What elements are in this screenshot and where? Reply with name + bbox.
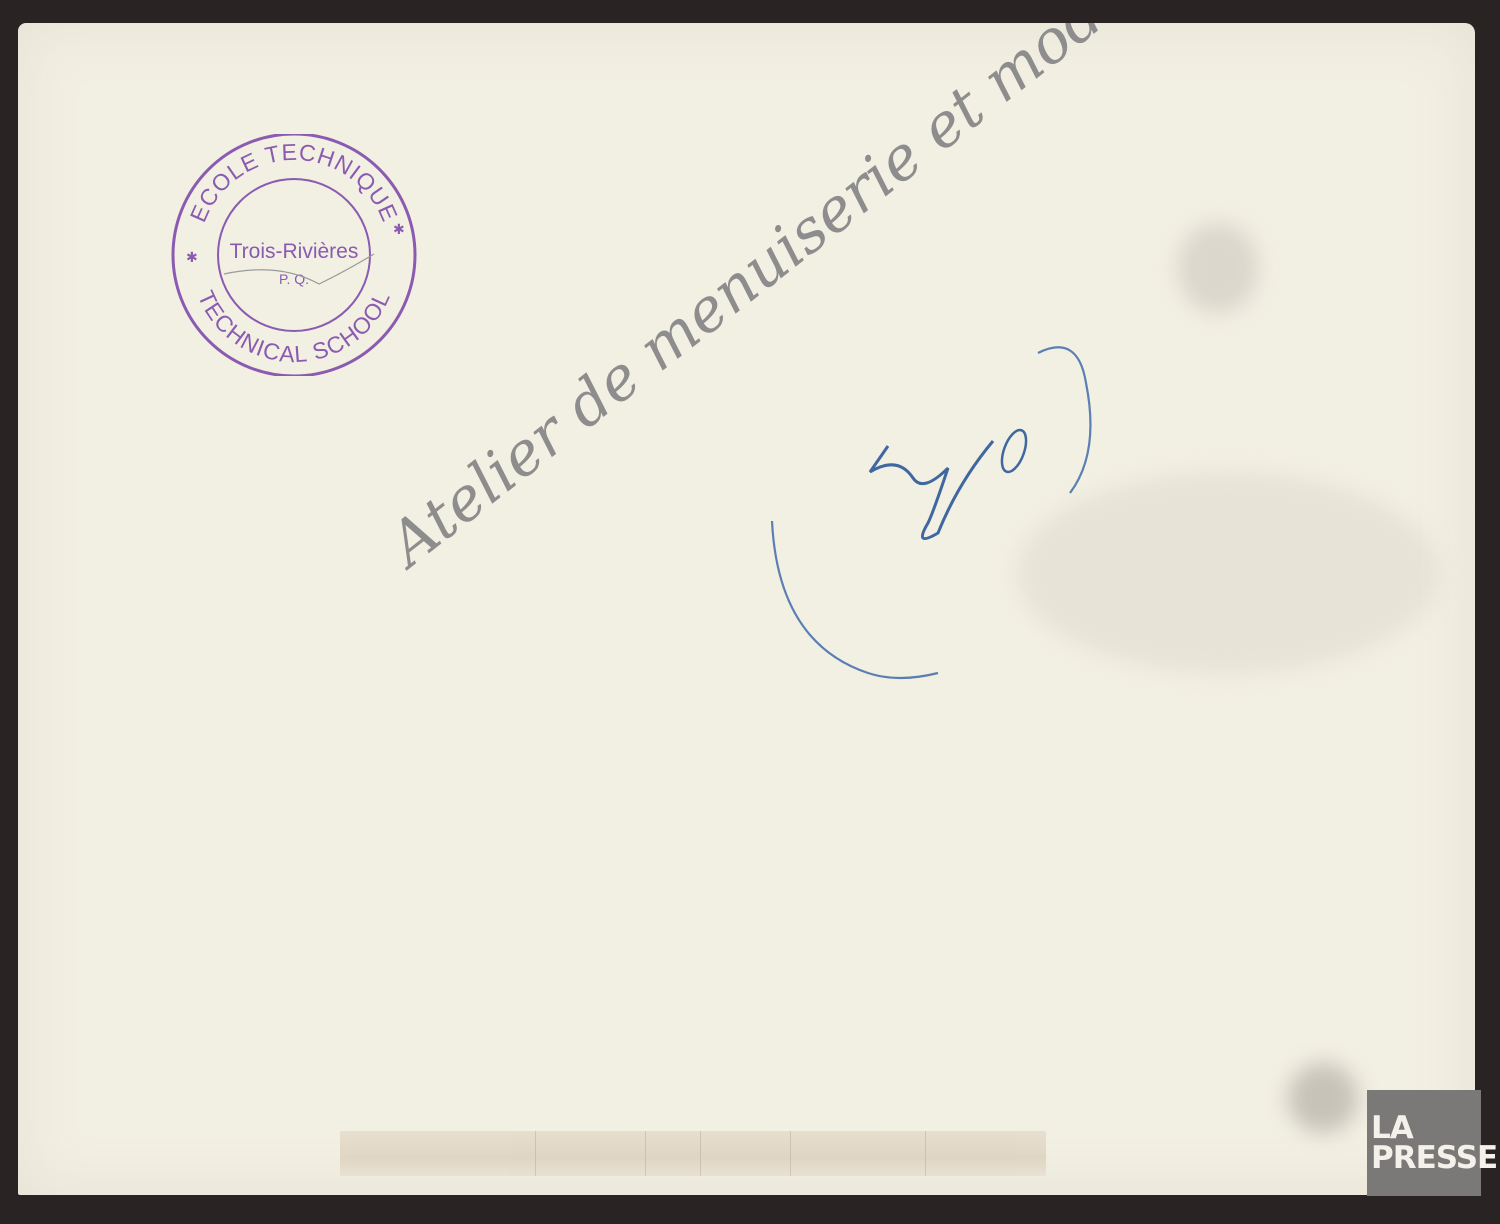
watermark-line2: PRESSE xyxy=(1371,1143,1481,1173)
stamp-outer-top-text: ECOLE TECHNIQUE xyxy=(185,139,403,226)
stamp-outer-bottom-text: TECHNICAL SCHOOL xyxy=(193,287,395,368)
fingerprint-smudge xyxy=(1288,1063,1358,1133)
svg-text:TECHNICAL SCHOOL: TECHNICAL SCHOOL xyxy=(193,287,395,368)
stamp-city: Trois-Rivières xyxy=(230,240,359,263)
star-icon: ✱ xyxy=(186,249,198,265)
stain xyxy=(1018,473,1438,673)
tape-residue xyxy=(340,1131,1046,1176)
blue-note-text: 30 xyxy=(18,23,20,24)
la-presse-watermark: LA PRESSE xyxy=(1367,1090,1481,1196)
school-stamp: ECOLE TECHNIQUE TECHNICAL SCHOOL ✱ ✱ Tro… xyxy=(169,134,419,376)
watermark-line1: LA xyxy=(1371,1113,1481,1143)
fingerprint-smudge xyxy=(1178,223,1258,313)
svg-text:ECOLE TECHNIQUE: ECOLE TECHNIQUE xyxy=(185,139,403,226)
photo-back-paper: ECOLE TECHNIQUE TECHNICAL SCHOOL ✱ ✱ Tro… xyxy=(18,23,1475,1195)
star-icon: ✱ xyxy=(393,221,405,237)
